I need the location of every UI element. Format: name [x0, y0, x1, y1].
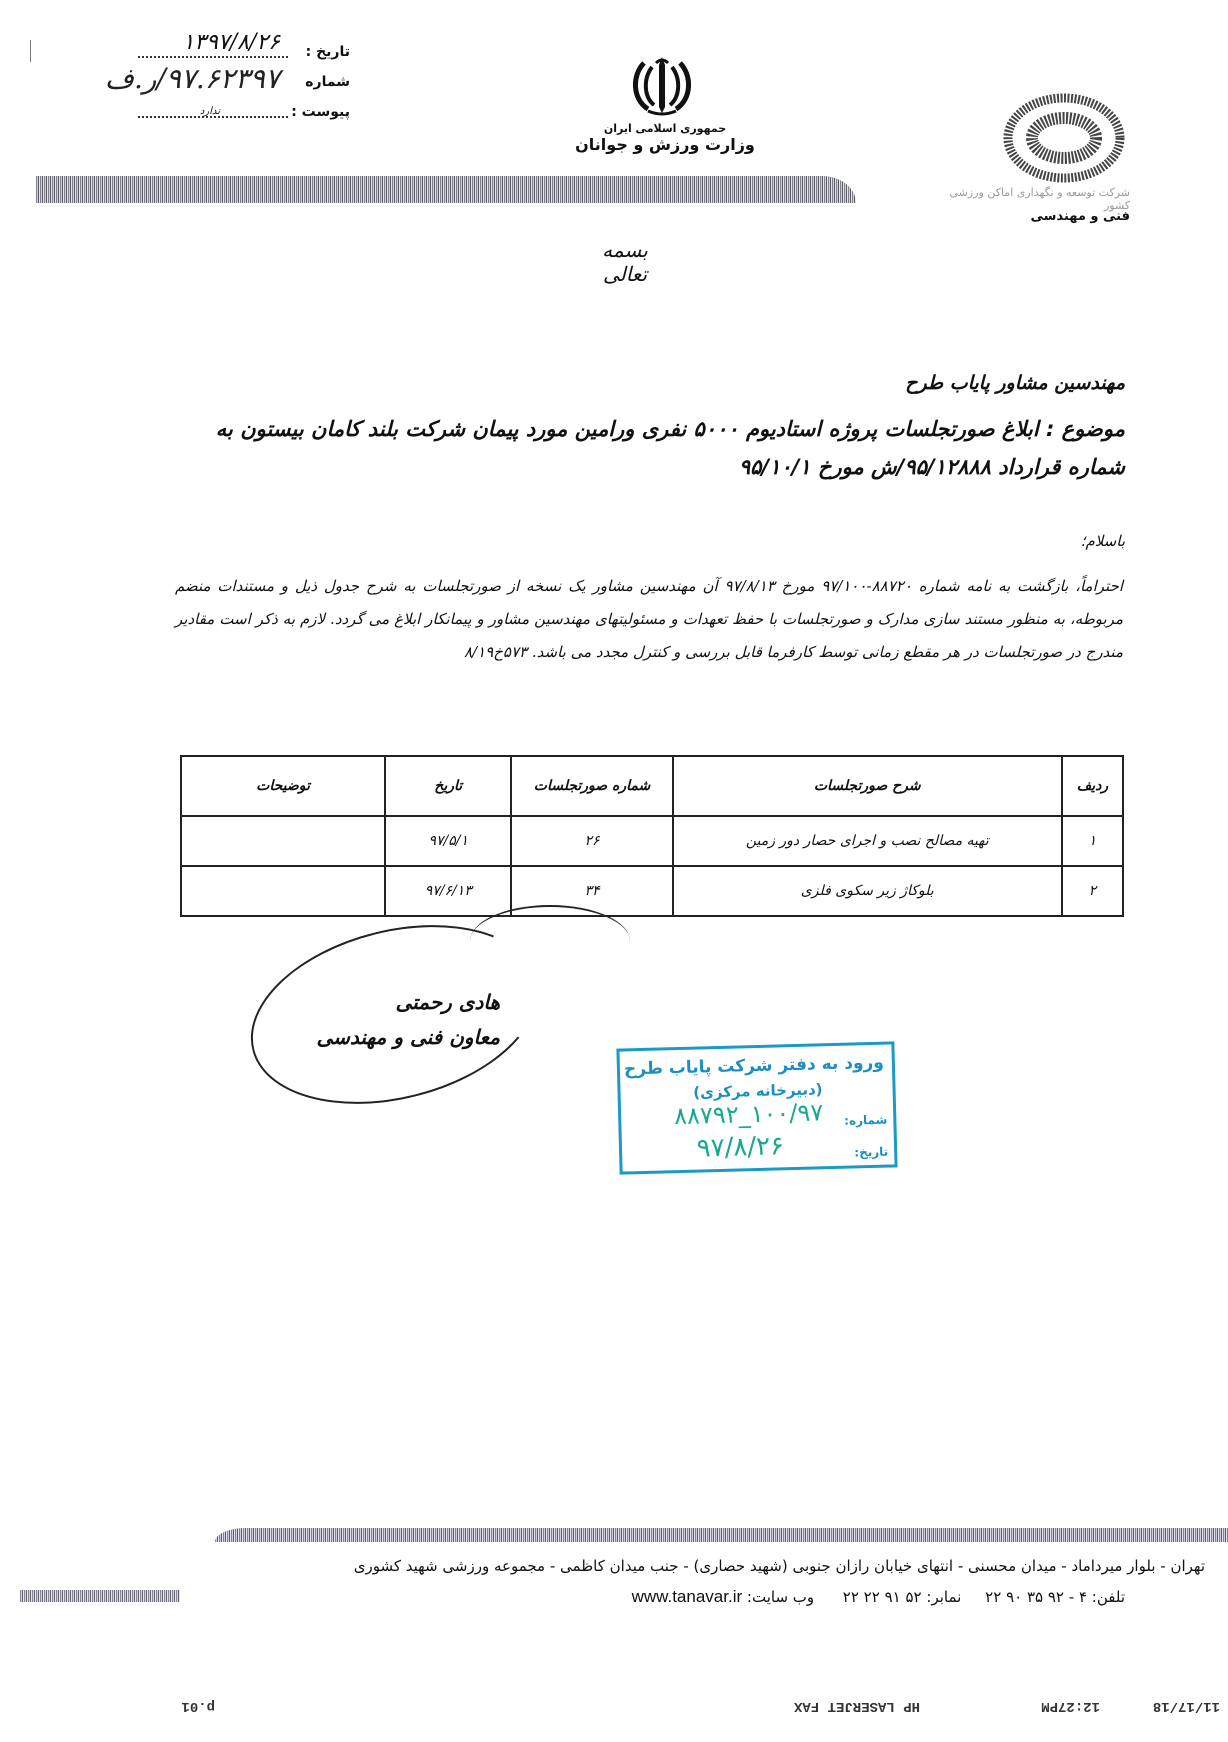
- stamp-number-label: شماره:: [844, 1113, 888, 1128]
- stamp-date-value: ۹۷/۸/۲۶: [696, 1131, 784, 1163]
- phone-number: ۴ - ۹۲ ۳۵ ۹۰ ۲۲: [985, 1588, 1087, 1606]
- department-name: فنی و مهندسی: [980, 209, 1130, 224]
- cell-row-number: ۱: [1062, 816, 1123, 866]
- header-notes: توضیحات: [181, 756, 385, 816]
- attachment-label: پیوست :: [291, 104, 350, 120]
- footer-band: [215, 1528, 1228, 1542]
- minutes-table: ردیف شرح صورتجلسات شماره صورتجلسات تاریخ…: [180, 755, 1124, 917]
- cell-date: ۹۷/۶/۱۳: [385, 866, 511, 916]
- received-stamp: ورود به دفتر شرکت پایاب طرح (دبیرخانه مر…: [616, 1041, 897, 1174]
- header-date: تاریخ: [385, 756, 511, 816]
- stamp-number-value: ۱۰۰/۹۷_۸۸۷۹۲: [674, 1098, 824, 1130]
- greeting: باسلام؛: [900, 532, 1125, 550]
- date-dots: [138, 56, 288, 58]
- letter-meta: تاریخ : ۱۳۹۷/۸/۲۶ شماره ۹۷.۶۲۳۹۷/ر.ف پیو…: [70, 38, 350, 128]
- header-row-number: ردیف: [1062, 756, 1123, 816]
- phone-label: تلفن:: [1092, 1588, 1125, 1606]
- table-header-row: ردیف شرح صورتجلسات شماره صورتجلسات تاریخ…: [181, 756, 1123, 816]
- recipient: مهندسین مشاور پایاب طرح: [600, 372, 1125, 394]
- attachment-row: پیوست : ندارد: [70, 98, 350, 128]
- website-link[interactable]: www.tanavar.ir: [632, 1587, 743, 1606]
- ministry-name: وزارت ورزش و جوانان: [560, 135, 770, 154]
- footer-band-left: [20, 1590, 180, 1602]
- iran-emblem-icon: [630, 55, 694, 117]
- stamp-date-label: تاریخ:: [854, 1145, 888, 1160]
- cell-row-number: ۲: [1062, 866, 1123, 916]
- attachment-value: ندارد: [200, 106, 220, 117]
- footer-address: تهران - بلوار میرداماد - میدان محسنی - ا…: [215, 1557, 1205, 1575]
- fax-page: p.01: [181, 1698, 215, 1714]
- fax-label: نمابر:: [926, 1588, 961, 1606]
- date-label: تاریخ :: [306, 44, 350, 60]
- header-band: [36, 176, 856, 203]
- header-minutes-number: شماره صورتجلسات: [511, 756, 672, 816]
- fax-transmission-header: 11/17/18 12:27PM HP LASERJET FAX p.01: [170, 1690, 1220, 1714]
- fax-number: ۵۲ ۹۱ ۲۲ ۲۲: [843, 1588, 922, 1606]
- cell-notes: [181, 816, 385, 866]
- letter-body: احتراماً، بازگشت به نامه شماره ۸۸۷۲۰-۹۷/…: [175, 570, 1123, 669]
- organization-logo-icon: [1003, 92, 1125, 184]
- signer-title: معاون فنی و مهندسی: [270, 1025, 500, 1049]
- bismillah: بسمه تعالی: [580, 238, 670, 286]
- signer-name: هادی رحمتی: [300, 990, 500, 1014]
- fax-time: 12:27PM: [1041, 1698, 1100, 1714]
- scan-mark: [30, 40, 35, 62]
- cell-notes: [181, 866, 385, 916]
- table-row: ۲ بلوکاژ زیر سکوی فلزی ۳۴ ۹۷/۶/۱۳: [181, 866, 1123, 916]
- date-value: ۱۳۹۷/۸/۲۶: [182, 30, 280, 55]
- header-description: شرح صورتجلسات: [673, 756, 1062, 816]
- cell-description: بلوکاژ زیر سکوی فلزی: [673, 866, 1062, 916]
- signature-loop: [470, 905, 630, 977]
- cell-description: تهیه مصالح نصب و اجرای حصار دور زمین: [673, 816, 1062, 866]
- cell-minutes-number: ۲۶: [511, 816, 672, 866]
- cell-date: ۹۷/۵/۱: [385, 816, 511, 866]
- subject: موضوع : ابلاغ صورتجلسات پروژه استادیوم ۵…: [170, 410, 1125, 486]
- fax-device: HP LASERJET FAX: [794, 1698, 920, 1714]
- number-label: شماره: [305, 74, 350, 90]
- number-row: شماره ۹۷.۶۲۳۹۷/ر.ف: [70, 68, 350, 98]
- footer-contact: تلفن: ۴ - ۹۲ ۳۵ ۹۰ ۲۲ نمابر: ۵۲ ۹۱ ۲۲ ۲۲…: [380, 1587, 1125, 1607]
- website-label: وب سایت:: [747, 1588, 814, 1606]
- fax-date: 11/17/18: [1153, 1698, 1220, 1714]
- country-name: جمهوری اسلامی ایران: [560, 122, 770, 135]
- stamp-title: ورود به دفتر شرکت پایاب طرح: [624, 1053, 884, 1080]
- number-value: ۹۷.۶۲۳۹۷/ر.ف: [105, 62, 280, 95]
- table-row: ۱ تهیه مصالح نصب و اجرای حصار دور زمین ۲…: [181, 816, 1123, 866]
